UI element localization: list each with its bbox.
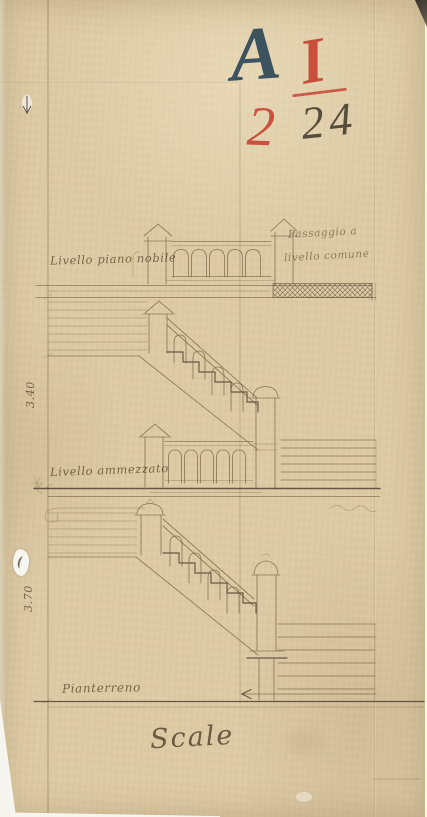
- marking-letter-a: A: [228, 18, 283, 90]
- plumb-mark: [23, 96, 31, 113]
- dimension-370: 3.70: [22, 585, 35, 612]
- dimension-340: 3.40: [24, 381, 37, 408]
- marking-number-red: 2: [246, 102, 276, 153]
- title-scale: Scale: [149, 720, 235, 755]
- paper-chip-mark: [17, 555, 28, 570]
- marking-number-pencil: 24: [299, 97, 359, 144]
- upper-stair-flight: [48, 301, 376, 489]
- scanned-drawing-sheet: Livello piano nobile Passaggio a livello…: [0, 0, 427, 817]
- lower-stair-flight: [34, 500, 424, 708]
- label-pianterreno: Pianterreno: [62, 680, 141, 695]
